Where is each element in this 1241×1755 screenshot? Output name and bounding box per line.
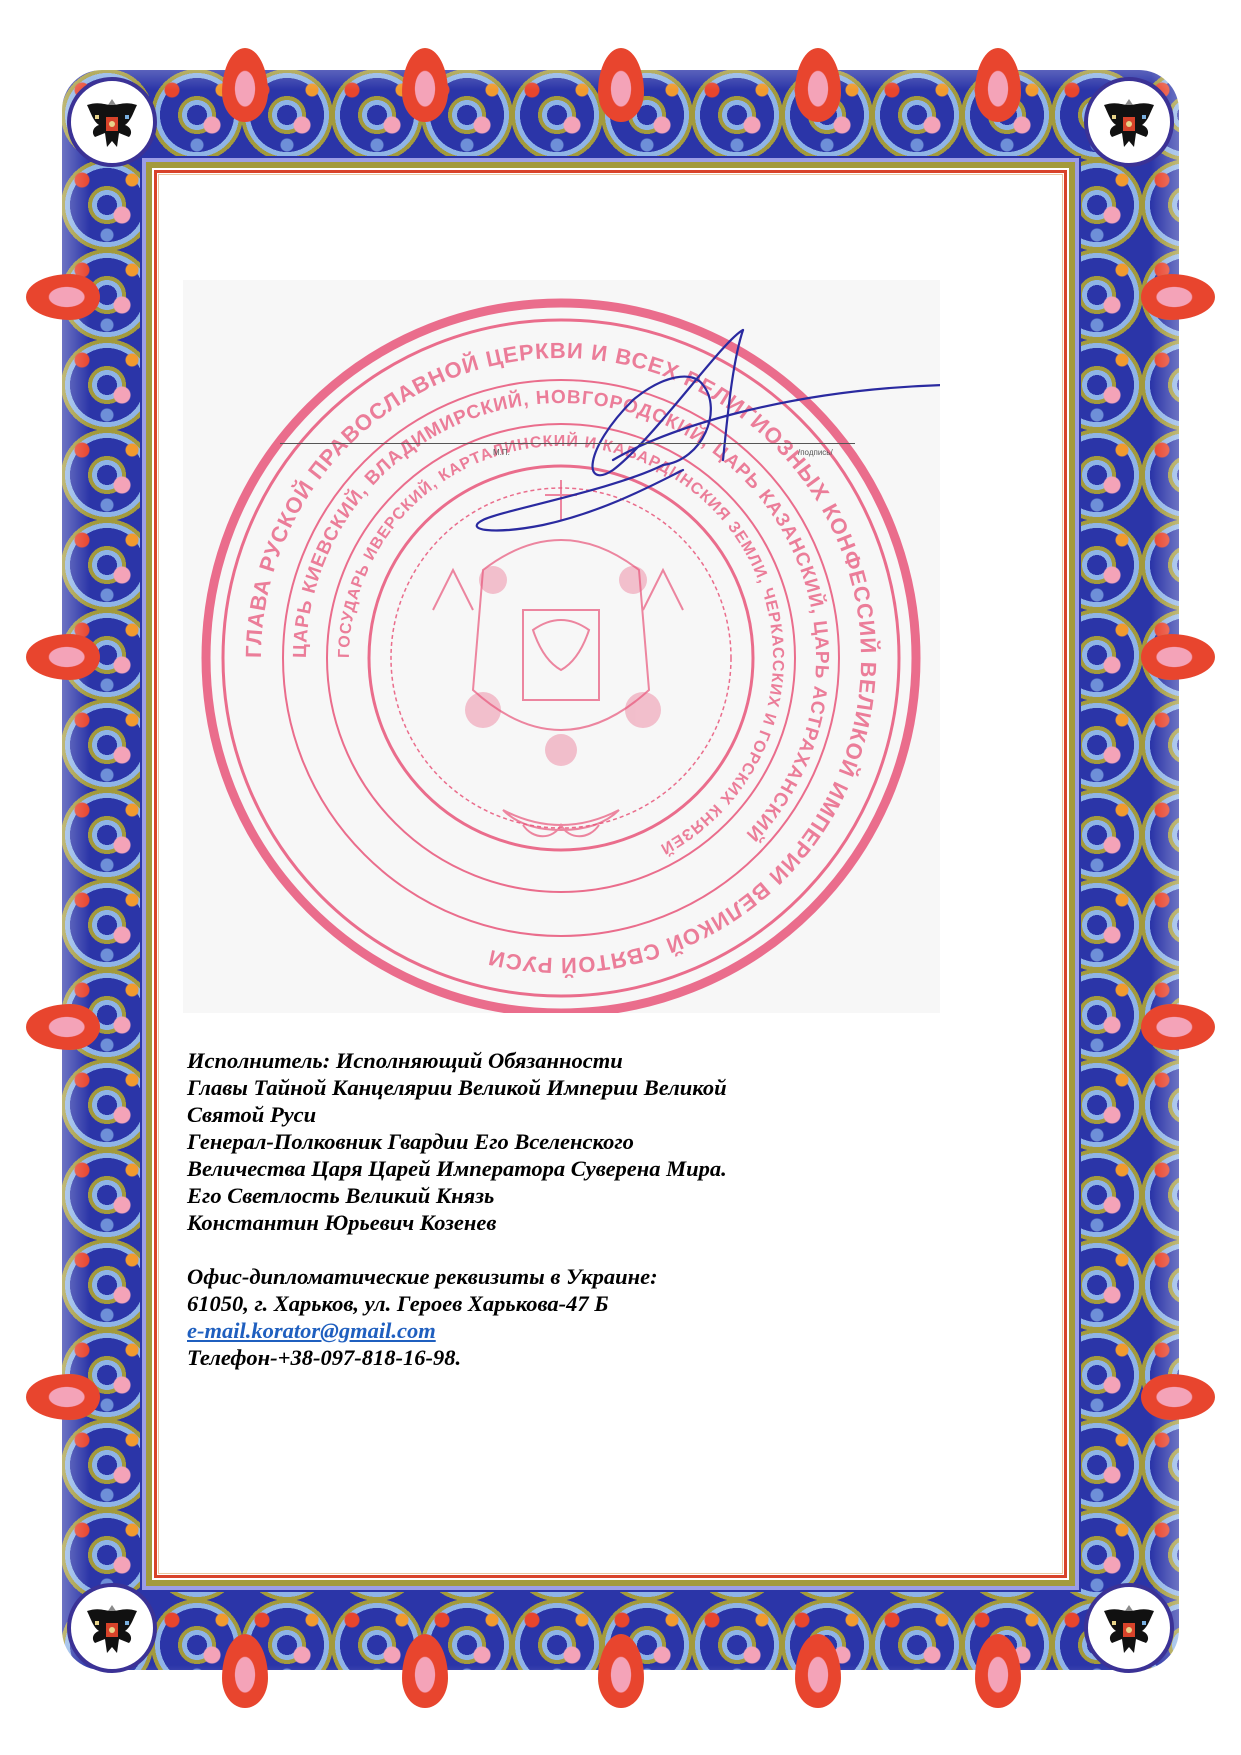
lobe-ornament-left-4 xyxy=(26,1374,100,1420)
lobe-ornament-right-2 xyxy=(1141,634,1215,680)
contacts-phone: Телефон-+38-097-818-16-98. xyxy=(187,1344,907,1371)
lobe-ornament-left-1 xyxy=(26,274,100,320)
signature-label: /подпись/ xyxy=(798,448,833,457)
double-headed-eagle-icon xyxy=(77,87,147,157)
crest-top-right xyxy=(1084,77,1174,167)
email-link[interactable]: e-mail.korator@gmail.com xyxy=(187,1318,436,1343)
spacer xyxy=(187,1236,907,1263)
lobe-ornament-top-2 xyxy=(402,48,448,122)
signatory-line-role: Исполнитель: Исполняющий Обязанности xyxy=(187,1047,907,1074)
signatory-block: Исполнитель: Исполняющий Обязанности Гла… xyxy=(187,1047,907,1371)
signatory-line-rank-cont: Величества Царя Царей Императора Суверен… xyxy=(187,1155,907,1182)
lobe-ornament-right-1 xyxy=(1141,274,1215,320)
lobe-ornament-top-4 xyxy=(795,48,841,122)
signatory-line-rank: Генерал-Полковник Гвардии Его Вселенског… xyxy=(187,1128,907,1155)
lobe-ornament-top-3 xyxy=(598,48,644,122)
lobe-ornament-top-1 xyxy=(222,48,268,122)
signatory-line-office: Главы Тайной Канцелярии Великой Империи … xyxy=(187,1074,907,1101)
contacts-address: 61050, г. Харьков, ул. Героев Харькова-4… xyxy=(187,1290,907,1317)
seal-label: М.П. xyxy=(493,448,510,457)
lobe-ornament-top-5 xyxy=(975,48,1021,122)
lobe-ornament-right-4 xyxy=(1141,1374,1215,1420)
lobe-ornament-right-3 xyxy=(1141,1004,1215,1050)
crest-top-left xyxy=(67,77,157,167)
signature-line xyxy=(280,443,855,444)
stamp-scan: ГЛАВА РУСКОЙ ПРАВОСЛАВНОЙ ЦЕРКВИ И ВСЕХ … xyxy=(183,280,940,1013)
official-seal: ГЛАВА РУСКОЙ ПРАВОСЛАВНОЙ ЦЕРКВИ И ВСЕХ … xyxy=(183,280,940,1013)
lobe-ornament-left-3 xyxy=(26,1004,100,1050)
crest-bottom-right xyxy=(1084,1583,1174,1673)
contacts-heading: Офис-дипломатические реквизиты в Украине… xyxy=(187,1263,907,1290)
double-headed-eagle-icon xyxy=(1094,87,1164,157)
double-headed-eagle-icon xyxy=(1094,1593,1164,1663)
crest-bottom-left xyxy=(67,1583,157,1673)
signatory-line-title: Его Светлость Великий Князь xyxy=(187,1182,907,1209)
signatory-name: Константин Юрьевич Козенев xyxy=(187,1209,907,1236)
lobe-ornament-left-2 xyxy=(26,634,100,680)
signatory-line-office-cont: Святой Руси xyxy=(187,1101,907,1128)
double-headed-eagle-icon xyxy=(77,1593,147,1663)
